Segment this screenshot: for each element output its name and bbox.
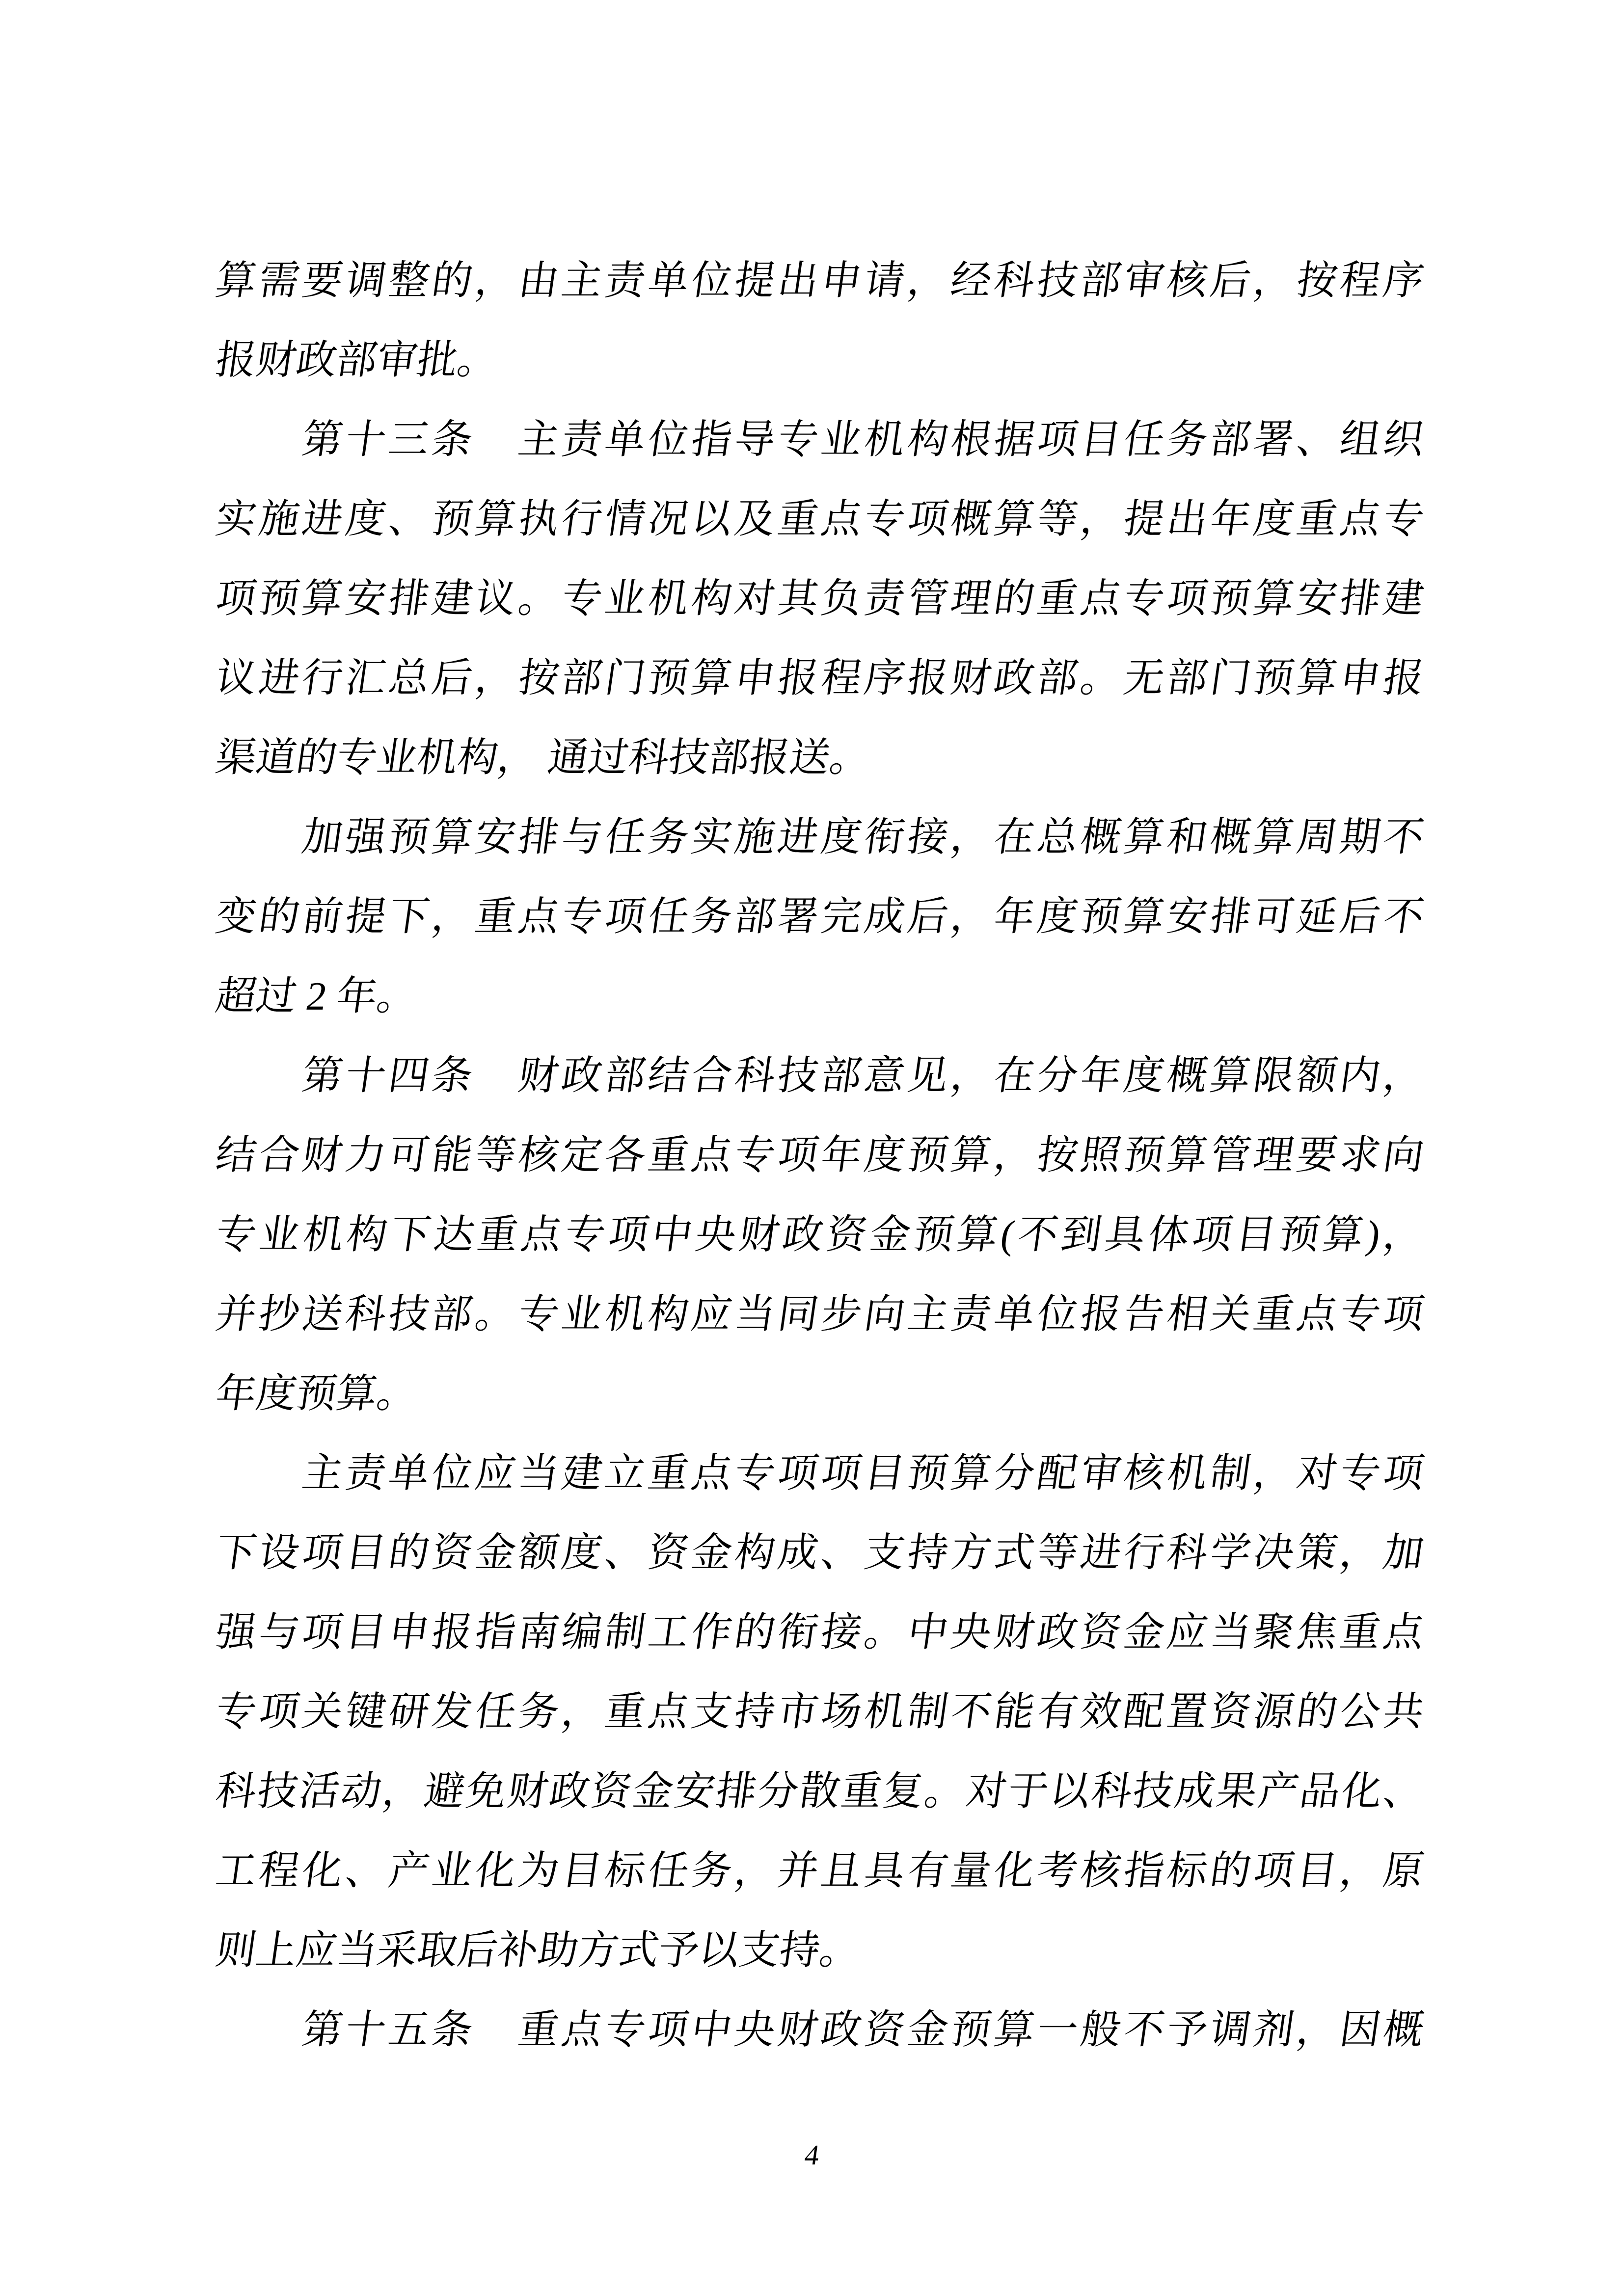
text-line: 主责单位应当建立重点专项项目预算分配审核机制，对专项 [211, 1434, 1430, 1513]
text-line: 报财政部审批。 [211, 320, 1430, 400]
text-line: 专项关键研发任务，重点支持市场机制不能有效配置资源的公共 [211, 1672, 1430, 1752]
document-body: 算需要调整的，由主责单位提出申请，经科技部审核后，按程序 报财政部审批。 第十三… [216, 241, 1424, 2070]
text-line: 工程化、产业化为目标任务，并且具有量化考核指标的项目，原 [211, 1831, 1430, 1911]
text-line: 算需要调整的，由主责单位提出申请，经科技部审核后，按程序 [211, 241, 1430, 320]
text-line: 实施进度、预算执行情况以及重点专项概算等，提出年度重点专 [211, 480, 1430, 559]
text-line: 变的前提下，重点专项任务部署完成后，年度预算安排可延后不 [211, 877, 1430, 957]
text-line: 科技活动，避免财政资金安排分散重复。对于以科技成果产品化、 [211, 1752, 1430, 1831]
text-line: 第十五条 重点专项中央财政资金预算一般不予调剂，因概 [211, 1990, 1430, 2070]
text-line: 结合财力可能等核定各重点专项年度预算，按照预算管理要求向 [211, 1116, 1430, 1195]
text-line: 渠道的专业机构， 通过科技部报送。 [211, 718, 1430, 798]
text-line: 第十三条 主责单位指导专业机构根据项目任务部署、组织 [211, 400, 1430, 480]
text-line: 强与项目申报指南编制工作的衔接。中央财政资金应当聚焦重点 [211, 1593, 1430, 1672]
text-line: 年度预算。 [211, 1354, 1430, 1434]
text-line: 项预算安排建议。专业机构对其负责管理的重点专项预算安排建 [211, 559, 1430, 639]
text-line: 加强预算安排与任务实施进度衔接，在总概算和概算周期不 [211, 798, 1430, 877]
page-number: 4 [0, 2118, 1624, 2192]
text-line: 并抄送科技部。专业机构应当同步向主责单位报告相关重点专项 [211, 1275, 1430, 1354]
text-line: 议进行汇总后，按部门预算申报程序报财政部。无部门预算申报 [211, 639, 1430, 718]
text-line: 第十四条 财政部结合科技部意见，在分年度概算限额内， [211, 1036, 1430, 1116]
text-line: 超过 2 年。 [211, 957, 1430, 1036]
text-line: 则上应当采取后补助方式予以支持。 [211, 1911, 1430, 1990]
document-page: 算需要调整的，由主责单位提出申请，经科技部审核后，按程序 报财政部审批。 第十三… [0, 0, 1624, 2296]
text-line: 专业机构下达重点专项中央财政资金预算(不到具体项目预算)， [211, 1195, 1430, 1275]
text-line: 下设项目的资金额度、资金构成、支持方式等进行科学决策，加 [211, 1513, 1430, 1593]
